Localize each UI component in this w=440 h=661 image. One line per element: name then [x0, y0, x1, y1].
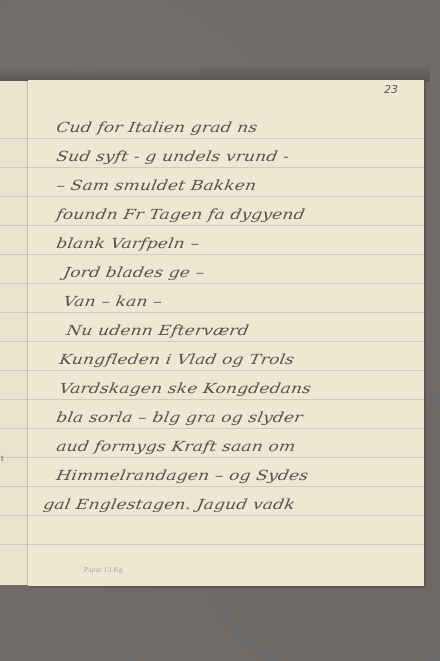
handwriting: foundn Fr Tagen fa dygyend: [55, 207, 306, 223]
handwritten-line: Nu udenn Efterværd: [28, 314, 424, 343]
rule-line: [0, 138, 27, 139]
handwriting: Sud syft - g undels vrund -: [55, 149, 290, 165]
handwriting: aud formygs Kraft saan om: [55, 439, 297, 455]
rule-line: [0, 399, 27, 400]
paper-imprint: Papur 13 Kg.: [84, 566, 125, 574]
notebook-page: 23 Cud for Italien grad ns Sud syft - g …: [28, 80, 424, 586]
handwriting: Jord blades ge –: [62, 265, 206, 281]
handwritten-line: – Sam smuldet Bakken: [28, 169, 424, 198]
handwriting: Vardskagen ske Kongdedans: [58, 381, 313, 397]
handwritten-line: Jord blades ge –: [28, 256, 424, 285]
handwriting: gal Englestagen. Jagud vadk: [42, 497, 296, 513]
left-page-edge: [0, 81, 28, 585]
handwritten-line: Himmelrandagen – og Sydes: [28, 459, 424, 488]
handwriting: Kungfleden i Vlad og Trols: [58, 352, 296, 368]
handwritten-line: aud formygs Kraft saan om: [28, 430, 424, 459]
rule-line: [0, 515, 27, 516]
handwritten-line: foundn Fr Tagen fa dygyend: [28, 198, 424, 227]
rule-line: [0, 370, 27, 371]
rule-line: [0, 457, 27, 458]
rule-line: [0, 167, 27, 168]
left-page-mark: t: [1, 453, 4, 463]
handwritten-line: gal Englestagen. Jagud vadk: [28, 488, 424, 517]
handwritten-line: blank Varfpeln –: [28, 227, 424, 256]
handwritten-line: Cud for Italien grad ns: [28, 111, 424, 140]
handwriting: blank Varfpeln –: [55, 236, 201, 252]
handwriting: Cud for Italien grad ns: [55, 120, 259, 136]
rule-line: [0, 341, 27, 342]
rule-line: [0, 544, 27, 545]
handwriting: Himmelrandagen – og Sydes: [55, 468, 310, 484]
handwriting: bla sorla – blg gra og slyder: [55, 410, 304, 426]
handwriting: Nu udenn Efterværd: [65, 323, 250, 339]
rule-line: [0, 486, 27, 487]
handwritten-line: Sud syft - g undels vrund -: [28, 140, 424, 169]
rule-line: [0, 225, 27, 226]
rule-line: [0, 283, 27, 284]
rule-line: [0, 196, 27, 197]
page-number: 23: [384, 83, 398, 96]
rule-line: [0, 312, 27, 313]
rule-line: [0, 254, 27, 255]
handwritten-line: Kungfleden i Vlad og Trols: [28, 343, 424, 372]
handwriting: – Sam smuldet Bakken: [55, 178, 258, 194]
rule-line: [0, 428, 27, 429]
handwriting: Van – kan –: [62, 294, 163, 310]
rule-line: [28, 544, 424, 545]
handwritten-line: Vardskagen ske Kongdedans: [28, 372, 424, 401]
handwritten-line: Van – kan –: [28, 285, 424, 314]
handwritten-line: bla sorla – blg gra og slyder: [28, 401, 424, 430]
